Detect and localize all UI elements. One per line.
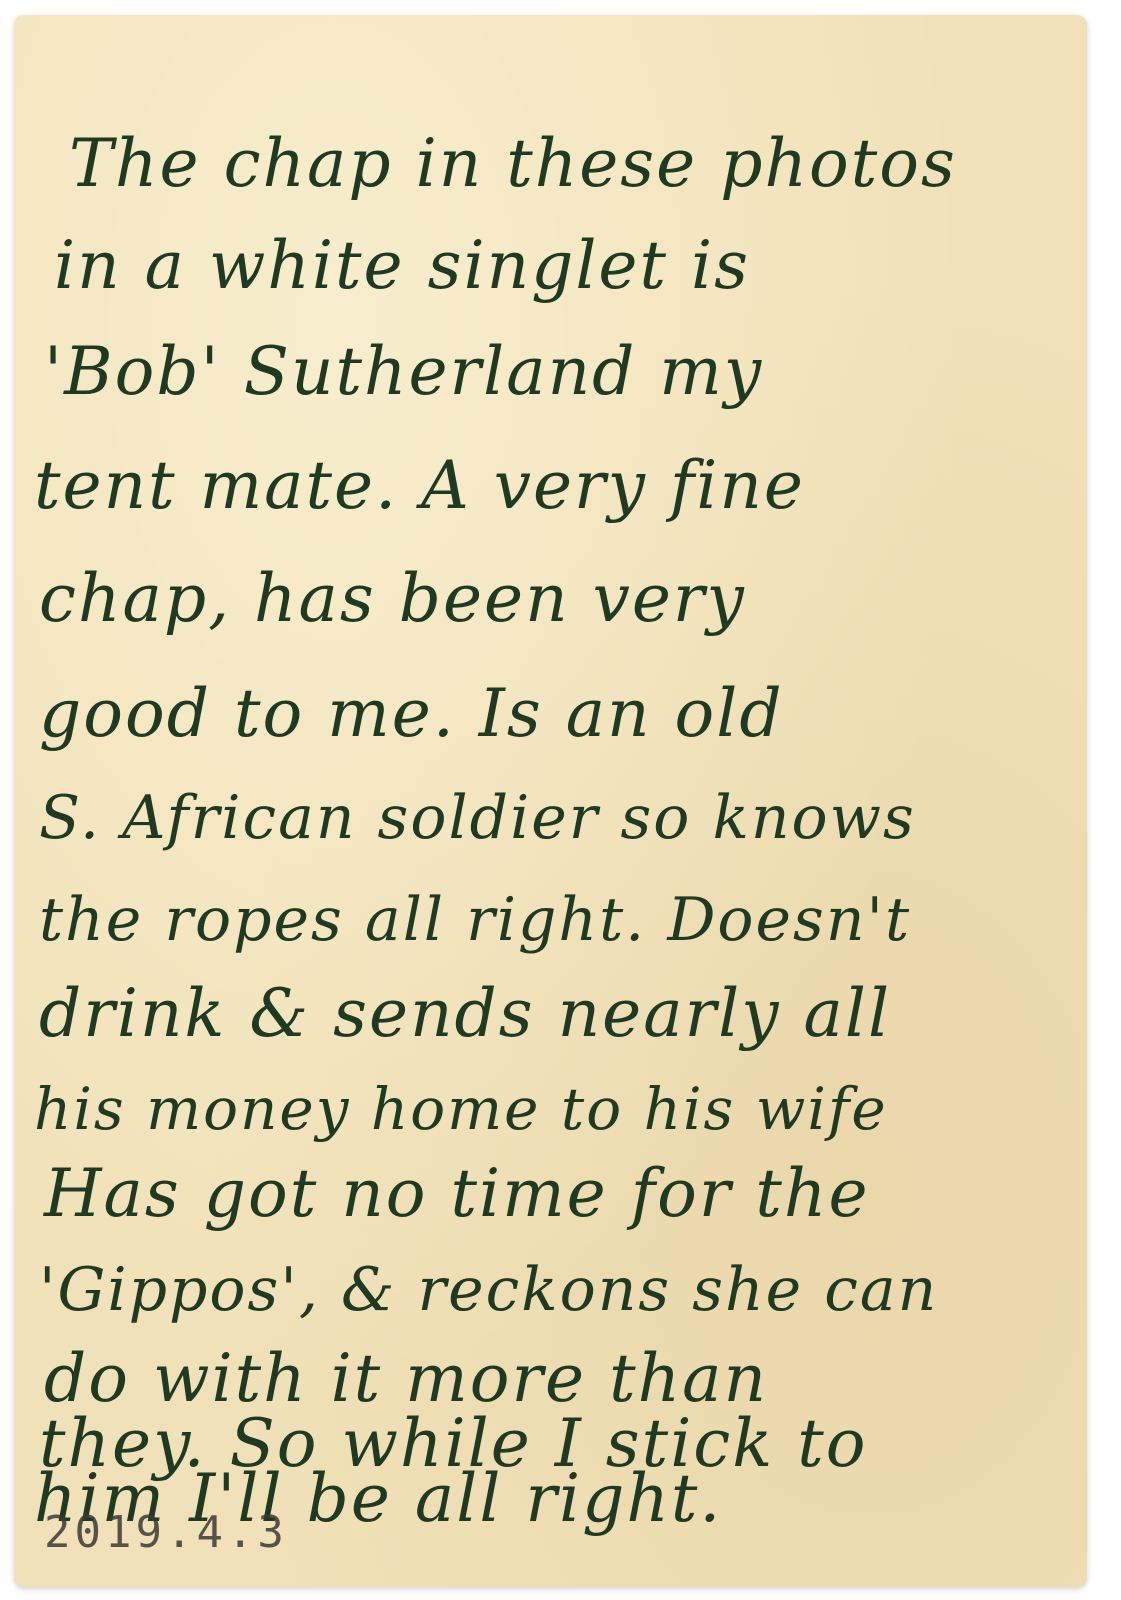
text-line: tent mate. A very fine — [34, 447, 805, 524]
text-line: in a white singlet is — [54, 227, 750, 304]
handwritten-text: The chap in these photos in a white sing… — [14, 15, 1087, 1587]
text-line: his money home to his wife — [34, 1075, 888, 1143]
text-line: 'Gippos', & reckons she can — [39, 1255, 938, 1325]
text-line: good to me. Is an old — [39, 675, 784, 752]
text-line: chap, has been very — [39, 560, 746, 637]
accession-number: 2019.4.3 — [44, 1507, 288, 1558]
text-line: The chap in these photos — [69, 125, 957, 202]
text-line: drink & sends nearly all — [39, 975, 891, 1052]
note-card: The chap in these photos in a white sing… — [14, 15, 1087, 1587]
text-line: S. African soldier so knows — [39, 783, 916, 853]
text-line: 'Bob' Sutherland my — [44, 333, 763, 410]
text-line: the ropes all right. Doesn't — [39, 885, 911, 955]
text-line: Has got no time for the — [44, 1155, 870, 1232]
